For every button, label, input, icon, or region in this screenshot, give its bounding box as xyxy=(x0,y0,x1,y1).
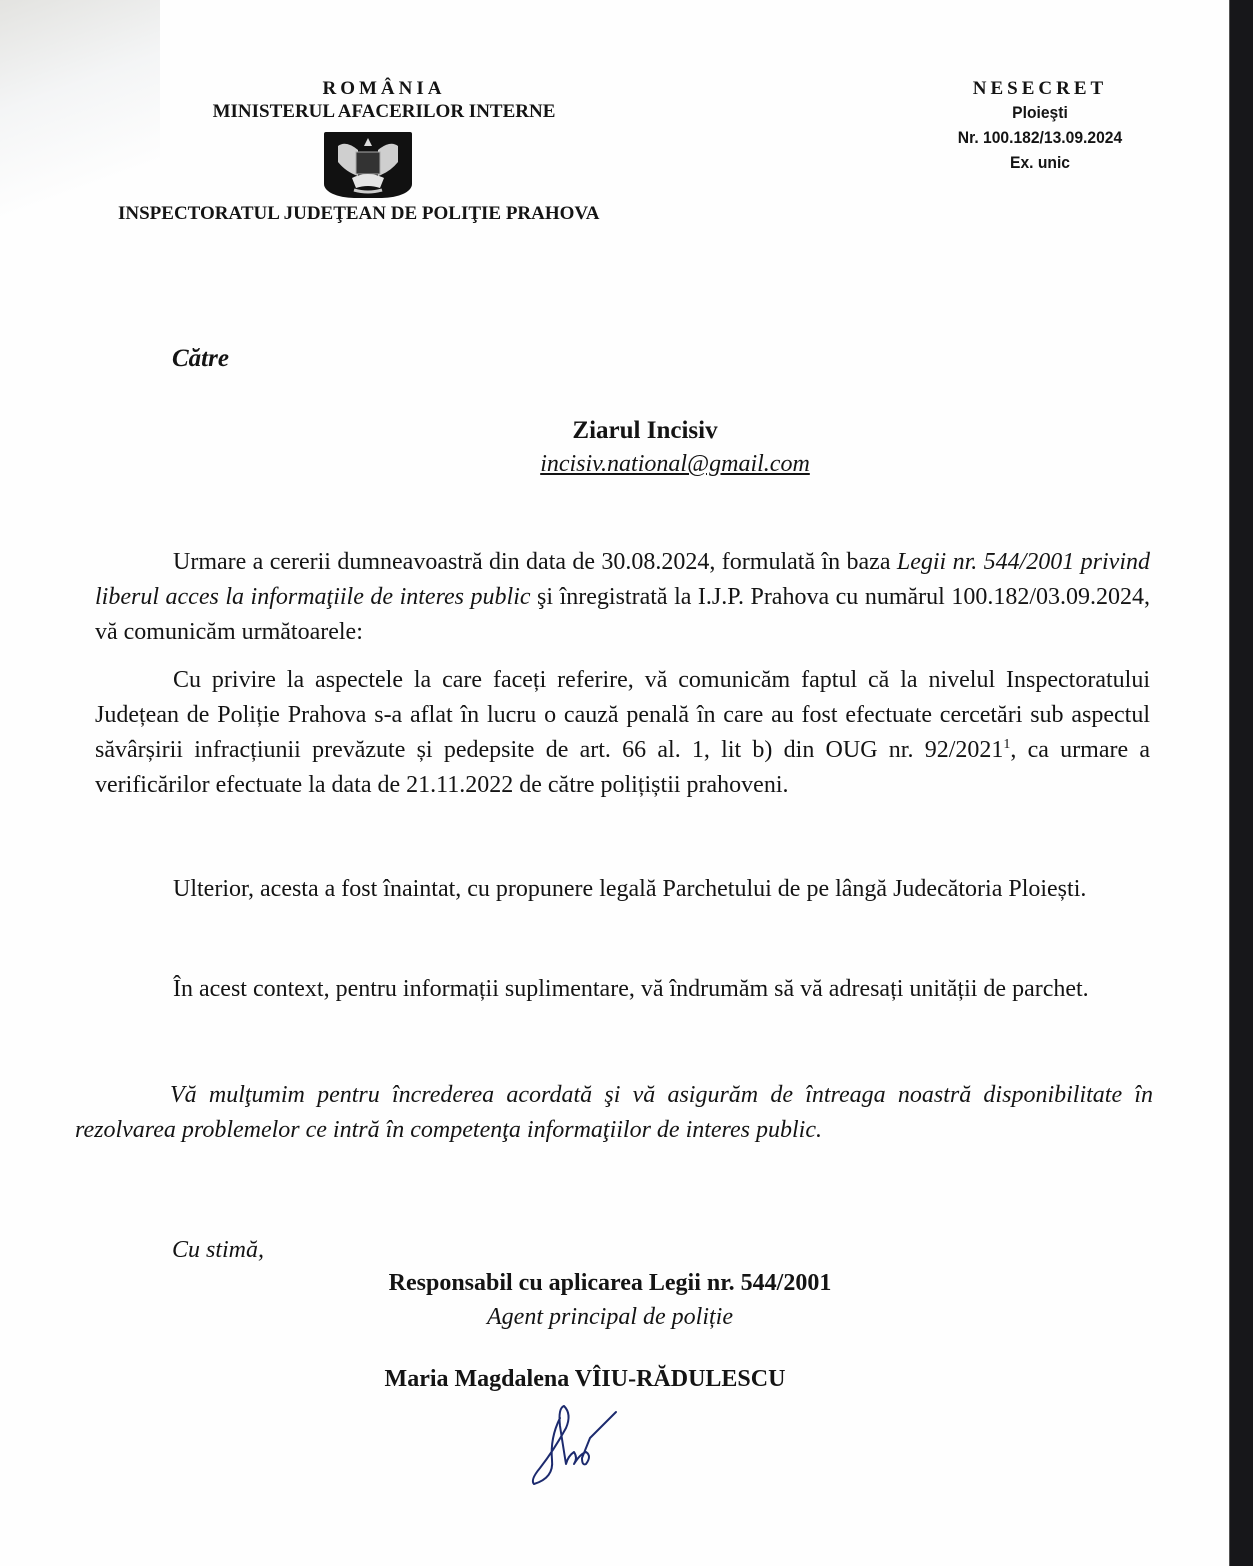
recipient-block: Ziarul Incisiv incisiv.national@gmail.co… xyxy=(440,415,850,481)
scan-border xyxy=(1229,0,1253,1566)
signature-block: Responsabil cu aplicarea Legii nr. 544/2… xyxy=(330,1266,890,1396)
signatory-rank: Agent principal de poliție xyxy=(330,1300,890,1334)
city: Ploieşti xyxy=(930,100,1151,125)
document-page: ROMÂNIA MINISTERUL AFACERILOR INTERNE IN… xyxy=(0,0,1229,1566)
classification-label: NESECRET xyxy=(920,78,1160,100)
paragraph-3: Ulterior, acesta a fost înaintat, cu pro… xyxy=(95,872,1150,907)
p5-text: Vă mulţumim pentru încrederea acordată ş… xyxy=(75,1078,1153,1148)
paragraph-2: Cu privire la aspectele la care faceți r… xyxy=(95,663,1150,803)
p2-text-a: Cu privire la aspectele la care faceți r… xyxy=(95,667,1150,763)
coat-of-arms-icon xyxy=(324,132,412,198)
paragraph-1: Urmare a cererii dumneavoastră din data … xyxy=(95,545,1150,650)
signatory-title: Responsabil cu aplicarea Legii nr. 544/2… xyxy=(330,1266,890,1300)
paragraph-4: În acest context, pentru informații supl… xyxy=(95,972,1150,1007)
p3-text: Ulterior, acesta a fost înaintat, cu pro… xyxy=(95,872,1150,907)
to-label: Către xyxy=(172,345,229,373)
country-heading: ROMÂNIA xyxy=(92,78,676,100)
signatory-name: Maria Magdalena VÎIU-RĂDULESCU xyxy=(280,1362,890,1396)
recipient-email[interactable]: incisiv.national@gmail.com xyxy=(500,447,850,481)
inspectorate-heading: INSPECTORATUL JUDEŢEAN DE POLIŢIE PRAHOV… xyxy=(110,202,676,226)
p4-text: În acest context, pentru informații supl… xyxy=(95,972,1150,1007)
classification-block: NESECRET Ploieşti Nr. 100.182/13.09.2024… xyxy=(920,78,1160,175)
letterhead: ROMÂNIA MINISTERUL AFACERILOR INTERNE IN… xyxy=(110,78,676,226)
p1-text-a: Urmare a cererii dumneavoastră din data … xyxy=(173,549,897,575)
registration-number: Nr. 100.182/13.09.2024 xyxy=(930,125,1151,150)
salutation: Cu stimă, xyxy=(172,1237,264,1264)
copy-count: Ex. unic xyxy=(930,150,1151,175)
ministry-heading: MINISTERUL AFACERILOR INTERNE xyxy=(92,100,676,124)
recipient-name: Ziarul Incisiv xyxy=(440,415,850,447)
signature-icon xyxy=(520,1398,630,1488)
paragraph-5: Vă mulţumim pentru încrederea acordată ş… xyxy=(75,1078,1153,1148)
